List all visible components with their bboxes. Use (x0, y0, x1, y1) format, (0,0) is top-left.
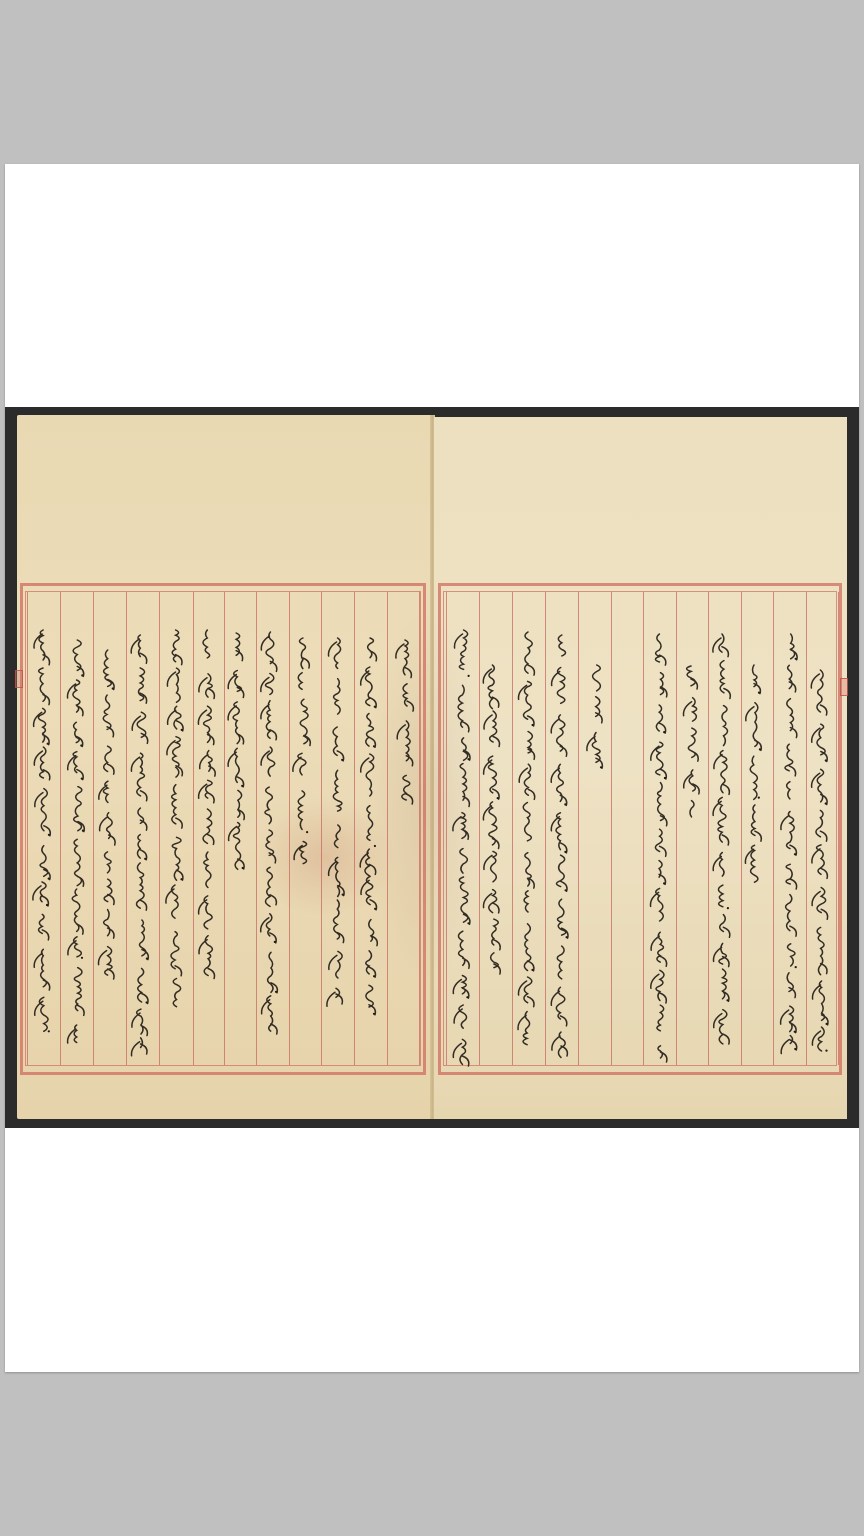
text-column (228, 633, 244, 869)
text-column (327, 638, 344, 1006)
text-column (684, 666, 700, 817)
text-column (811, 670, 828, 1052)
text-column (587, 665, 603, 768)
text-column (518, 632, 535, 1045)
text-column (713, 634, 730, 1044)
text-column (483, 665, 500, 974)
manchu-handwritten-text (0, 0, 864, 1536)
text-column (261, 632, 278, 1034)
text-column (131, 635, 148, 1056)
text-column (745, 665, 761, 882)
text-column (198, 630, 215, 979)
text-column (781, 634, 798, 1054)
text-column (166, 630, 183, 1007)
text-column (453, 630, 470, 1066)
text-column (33, 630, 50, 1032)
text-column (99, 650, 116, 979)
text-column (651, 634, 667, 1062)
text-column (293, 638, 310, 864)
text-column (396, 640, 414, 804)
text-column (551, 635, 568, 1057)
text-column (68, 640, 85, 1043)
text-column (360, 638, 377, 1015)
